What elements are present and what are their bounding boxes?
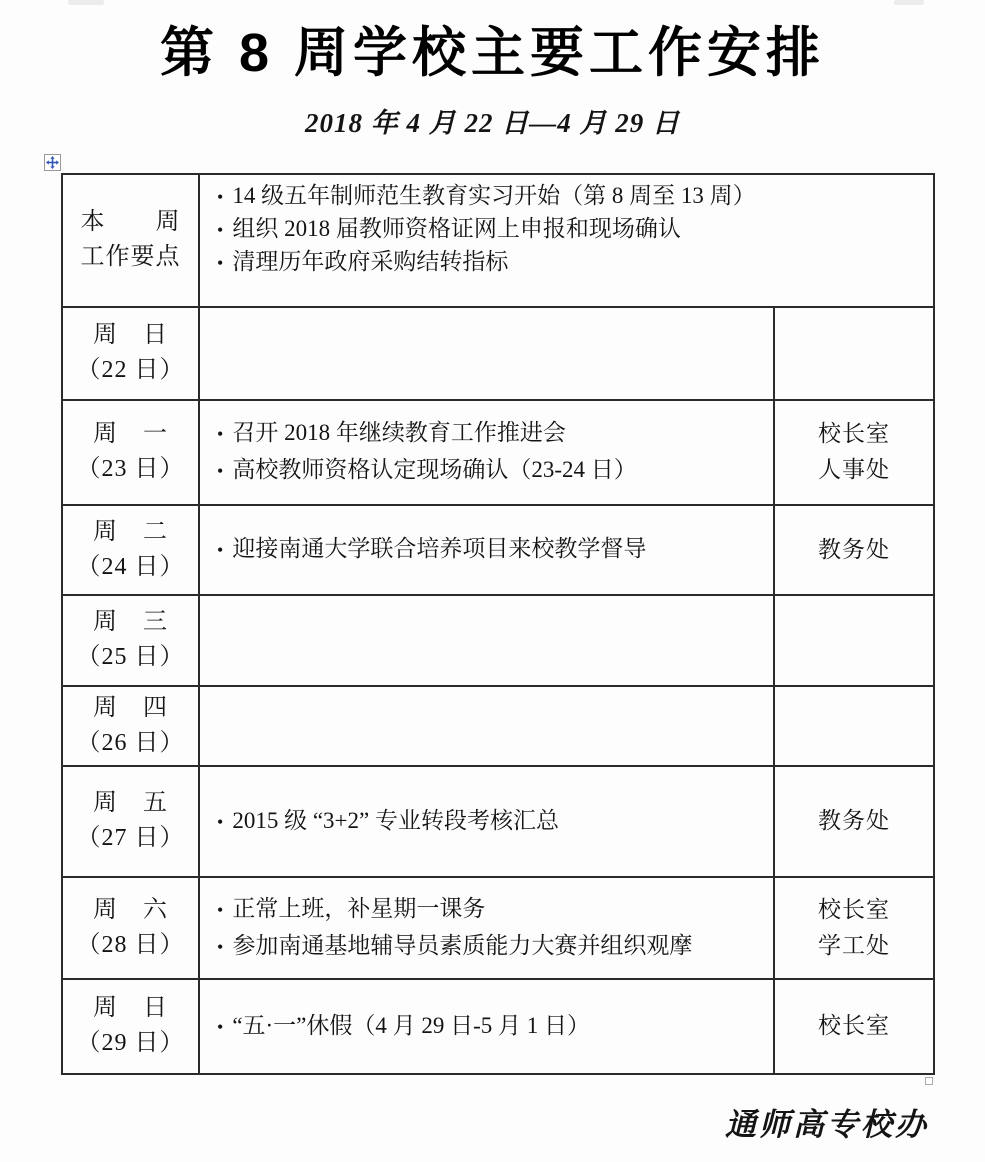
day-label-cell[interactable]: 周 日 （22 日） [63,308,200,399]
day-date: （26 日） [77,726,185,761]
bullet-icon: • [217,248,223,279]
day-name: 周 五 [93,786,168,821]
tasks-cell[interactable]: • 正常上班，补星期一课务 • 参加南通基地辅导员素质能力大赛并组织观摩 [200,878,775,978]
table-row-tue24: 周 二 （24 日） • 迎接南通大学联合培养项目来校教学督导 教务处 [63,506,933,596]
summary-label-line: 本 周 [81,205,181,240]
task-text: 迎接南通大学联合培养项目来校教学督导 [232,531,646,567]
table-row-thu26: 周 四 （26 日） [63,687,933,767]
table-row-summary: 本 周 工作要点 • 14 级五年制师范生教育实习开始（第 8 周至 13 周）… [63,175,933,308]
bullet-icon: • [217,532,223,568]
schedule-table-grid: 本 周 工作要点 • 14 级五年制师范生教育实习开始（第 8 周至 13 周）… [61,173,935,1075]
table-row-wed25: 周 三 （25 日） [63,596,933,687]
department-name: 校长室 [818,1008,890,1044]
department-cell[interactable]: 校长室 学工处 [775,878,933,978]
day-label-cell[interactable]: 周 五 （27 日） [63,767,200,876]
department-cell[interactable]: 教务处 [775,506,933,594]
bullet-icon: • [217,182,223,213]
page-title: 第 8 周学校主要工作安排 [0,0,985,88]
tasks-cell[interactable]: • 迎接南通大学联合培养项目来校教学督导 [200,506,775,594]
bullet-icon: • [217,892,223,928]
bullet-icon: • [217,453,223,489]
day-label-cell[interactable]: 周 日 （29 日） [63,980,200,1073]
department-name: 学工处 [818,928,890,964]
footer-signature: 通师高专校办 [0,1099,985,1144]
department-cell[interactable]: 教务处 [775,767,933,876]
task-item: • 迎接南通大学联合培养项目来校教学督导 [217,531,773,568]
summary-label-cell[interactable]: 本 周 工作要点 [63,175,200,306]
task-text: 组织 2018 届教师资格证网上申报和现场确认 [232,213,681,244]
page-edge-artifact [68,0,104,5]
task-item: • 清理历年政府采购结转指标 [217,246,933,279]
day-date: （27 日） [77,821,185,856]
tasks-cell[interactable]: • “五·一”休假（4 月 29 日-5 月 1 日） [200,980,775,1073]
department-cell[interactable] [775,687,933,765]
schedule-table: 本 周 工作要点 • 14 级五年制师范生教育实习开始（第 8 周至 13 周）… [61,173,935,1075]
day-label-cell[interactable]: 周 二 （24 日） [63,506,200,594]
bullet-icon: • [217,1009,223,1045]
task-item: • 正常上班，补星期一课务 [217,891,773,928]
department-name: 人事处 [818,452,890,488]
department-cell[interactable] [775,308,933,399]
day-label-cell[interactable]: 周 六 （28 日） [63,878,200,978]
tasks-cell[interactable] [200,687,775,765]
task-item: • 召开 2018 年继续教育工作推进会 [217,415,773,452]
day-date: （24 日） [77,550,185,585]
day-date: （23 日） [77,452,185,487]
task-text: 召开 2018 年继续教育工作推进会 [232,415,566,451]
task-text: 2015 级 “3+2” 专业转段考核汇总 [232,803,559,839]
task-item: • 14 级五年制师范生教育实习开始（第 8 周至 13 周） [217,180,933,213]
table-row-sat28: 周 六 （28 日） • 正常上班，补星期一课务 • 参加南通基地辅导员素质能力… [63,878,933,980]
day-name: 周 一 [93,417,168,452]
table-row-mon23: 周 一 （23 日） • 召开 2018 年继续教育工作推进会 • 高校教师资格… [63,401,933,506]
table-row-sun22: 周 日 （22 日） [63,308,933,401]
bullet-icon: • [217,215,223,246]
department-name: 校长室 [818,416,890,452]
day-name: 周 二 [93,515,168,550]
bullet-icon: • [217,804,223,840]
day-label-cell[interactable]: 周 一 （23 日） [63,401,200,504]
tasks-cell[interactable]: • 2015 级 “3+2” 专业转段考核汇总 [200,767,775,876]
bullet-icon: • [217,929,223,965]
day-name: 周 四 [93,691,168,726]
page-edge-artifact [894,0,924,5]
date-range: 2018 年 4 月 22 日—4 月 29 日 [0,101,985,140]
four-way-arrow-icon [46,156,59,169]
task-item: • 高校教师资格认定现场确认（23-24 日） [217,452,773,489]
day-name: 周 日 [93,318,168,353]
day-label-cell[interactable]: 周 三 （25 日） [63,596,200,685]
day-name: 周 三 [93,605,168,640]
department-cell[interactable]: 校长室 [775,980,933,1073]
task-item: • 组织 2018 届教师资格证网上申报和现场确认 [217,213,933,246]
task-text: 正常上班，补星期一课务 [232,891,485,927]
task-text: 14 级五年制师范生教育实习开始（第 8 周至 13 周） [232,180,755,211]
day-label-cell[interactable]: 周 四 （26 日） [63,687,200,765]
table-move-handle[interactable] [44,154,61,171]
task-text: 参加南通基地辅导员素质能力大赛并组织观摩 [232,928,692,964]
department-name: 教务处 [818,803,890,839]
day-date: （22 日） [77,353,185,388]
department-name: 教务处 [818,532,890,568]
task-item: • 参加南通基地辅导员素质能力大赛并组织观摩 [217,928,773,965]
day-date: （25 日） [77,640,185,675]
table-row-fri27: 周 五 （27 日） • 2015 级 “3+2” 专业转段考核汇总 教务处 [63,767,933,878]
bullet-icon: • [217,416,223,452]
day-name: 周 日 [93,991,168,1026]
table-row-sun29: 周 日 （29 日） • “五·一”休假（4 月 29 日-5 月 1 日） 校… [63,980,933,1073]
tasks-cell[interactable] [200,308,775,399]
day-date: （28 日） [77,928,185,963]
tasks-cell[interactable]: • 召开 2018 年继续教育工作推进会 • 高校教师资格认定现场确认（23-2… [200,401,775,504]
task-text: 清理历年政府采购结转指标 [232,246,508,277]
day-date: （29 日） [77,1026,185,1061]
task-text: “五·一”休假（4 月 29 日-5 月 1 日） [232,1008,590,1044]
department-cell[interactable]: 校长室 人事处 [775,401,933,504]
task-item: • 2015 级 “3+2” 专业转段考核汇总 [217,803,773,840]
department-name: 校长室 [818,892,890,928]
summary-content-cell[interactable]: • 14 级五年制师范生教育实习开始（第 8 周至 13 周） • 组织 201… [200,175,933,306]
summary-label-line: 工作要点 [81,240,181,275]
day-name: 周 六 [93,893,168,928]
department-cell[interactable] [775,596,933,685]
task-text: 高校教师资格认定现场确认（23-24 日） [232,452,636,488]
task-item: • “五·一”休假（4 月 29 日-5 月 1 日） [217,1008,773,1045]
table-resize-handle[interactable] [925,1077,933,1085]
tasks-cell[interactable] [200,596,775,685]
